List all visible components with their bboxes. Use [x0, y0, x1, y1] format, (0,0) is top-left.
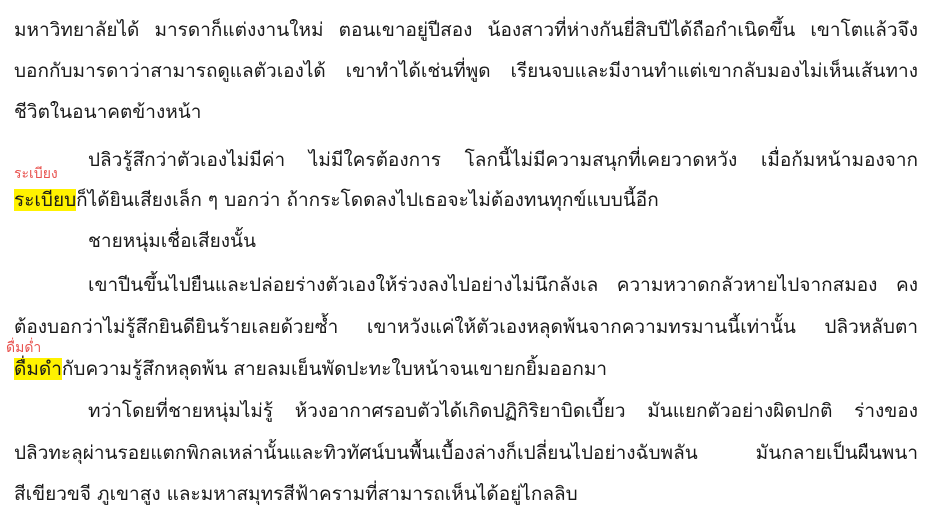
paragraph-start-line: ปลิวรู้สึกว่าตัวเองไม่มีค่า ไม่มีใครต้อง… [88, 147, 918, 173]
text-line-with-highlight: ระเบียบก็ได้ยินเสียงเล็ก ๆ บอกว่า ถ้ากระ… [14, 187, 918, 213]
highlighted-misspelled-word[interactable]: ระเบียบ [14, 189, 76, 211]
text-line-rest: กับความรู้สึกหลุดพ้น สายลมเย็นพัดปะทะใบห… [62, 358, 607, 380]
spelling-suggestion-annotation: ระเบียง [14, 166, 58, 182]
text-line: สีเขียวขจี ภูเขาสูง และมหาสมุทรสีฟ้าคราม… [14, 481, 918, 507]
text-line: ต้องบอกว่าไม่รู้สึกยินดียินร้ายเลยด้วยซ้… [14, 314, 918, 340]
text-line-with-highlight: ดื่มดำกับความรู้สึกหลุดพ้น สายลมเย็นพัดป… [14, 356, 918, 382]
text-line-rest: ก็ได้ยินเสียงเล็ก ๆ บอกว่า ถ้ากระโดดลงไป… [76, 189, 659, 211]
paragraph-start-line: เขาปีนขึ้นไปยืนและปล่อยร่างตัวเองให้ร่วง… [88, 272, 918, 298]
text-line: ชีวิตในอนาคตข้างหน้า [14, 99, 918, 125]
spelling-suggestion-annotation: ดื่มด่ำ [6, 340, 41, 356]
highlighted-misspelled-word[interactable]: ดื่มดำ [14, 358, 62, 380]
paragraph-start-line: ทว่าโดยที่ชายหนุ่มไม่รู้ ห้วงอากาศรอบตัว… [88, 398, 918, 424]
text-line: มหาวิทยาลัยได้ มารดาก็แต่งงานใหม่ ตอนเขา… [14, 17, 918, 43]
document-page: มหาวิทยาลัยได้ มารดาก็แต่งงานใหม่ ตอนเขา… [0, 0, 928, 522]
paragraph-start-line: ชายหนุ่มเชื่อเสียงนั้น [88, 228, 918, 254]
text-line: ปลิวทะลุผ่านรอยแตกพิกลเหล่านั้นและทิวทัศ… [14, 440, 918, 466]
text-line: บอกกับมารดาว่าสามารถดูแลตัวเองได้ เขาทำไ… [14, 58, 918, 84]
